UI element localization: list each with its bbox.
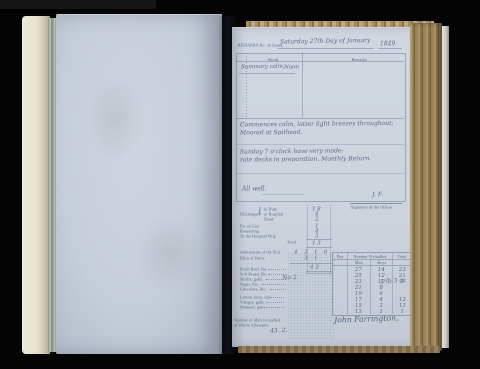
page-stack-bottom-edge: [238, 346, 440, 353]
admissions-label-2: Ditto of Hurts: [240, 256, 265, 261]
journal-note-rule: [262, 194, 304, 195]
page-stack-fore-edge: [410, 23, 442, 351]
ration-cell: 12: [399, 296, 406, 302]
header-rule: [278, 48, 374, 49]
header-date-handwritten: Saturday 27th Day of January: [280, 36, 370, 45]
journal-line-4: rate decks in preparation. Monthly Retur…: [240, 155, 371, 163]
right-ledger-page: REMARKS &c. on board, Saturday 27th Day …: [232, 27, 411, 347]
ration-cell: 23: [399, 266, 406, 272]
state-hospital-ship-label: To the Hospital Ship: [240, 234, 276, 239]
state-total-value: 1 3: [312, 240, 321, 246]
officer-signature-rule: [350, 203, 402, 204]
admissions2-value-2: 1: [314, 255, 318, 261]
provision-item-2: Vinegar, galls.: [240, 300, 265, 305]
victualled-value-handwritten: 43. 2.: [270, 326, 287, 334]
photographed-ledger-scene: REMARKS &c. on board, Saturday 27th Day …: [0, 0, 480, 369]
ration-cell: 6: [380, 290, 384, 296]
header-printed-title: REMARKS &c. on board,: [238, 43, 283, 48]
page-stain: [86, 74, 146, 164]
ration-cell: 1: [400, 308, 404, 314]
ration-cell: 1: [380, 308, 384, 314]
provision-item: Spirits, galls.: [240, 277, 263, 282]
provision-item: Fresh Beef, lbs.: [240, 267, 268, 272]
state-value-3: 2: [315, 216, 319, 222]
leader-dots: [270, 285, 286, 290]
ration-cell: 14: [378, 266, 385, 272]
ration-cell: 15: [355, 302, 362, 308]
admissions-value-4: 6: [324, 249, 328, 255]
journal-section-rule-3: [236, 173, 404, 174]
admissions2-value-1: 3: [304, 255, 308, 261]
background-shadow-bar: [0, 0, 156, 9]
ration-col0-header: Day: [336, 254, 343, 259]
provisions-note-handwritten: No 2: [282, 273, 297, 281]
ration-men-header: Men: [355, 260, 363, 265]
admissions-value-1: 4: [294, 249, 298, 255]
journal-line-3: Sunday 7 o'clock have very mode-: [240, 147, 344, 155]
ration-cell: 2: [380, 302, 384, 308]
officer-initials-handwritten: J. F.: [372, 190, 383, 198]
journal-note: All well.: [242, 185, 267, 192]
provision-item: Sugar, lbs.: [240, 282, 258, 287]
journal-section-rule-2: [236, 144, 404, 145]
log-entry-rule: [239, 73, 295, 74]
leader-dots: [266, 303, 284, 308]
header-year: 1849: [380, 40, 395, 47]
log-entry-wind: Summary calm,: [241, 63, 285, 70]
ration-cell: 19: [355, 290, 362, 296]
victualled-caption-2: at Whole Allowance: [234, 323, 269, 328]
state-brace: {: [258, 206, 262, 216]
book-cover-left-edge: [22, 16, 50, 354]
ration-cell: 4: [380, 296, 384, 302]
provision-item: Chocolate, lbs.: [240, 287, 266, 292]
log-hour-column-rule: [246, 53, 247, 118]
grand-total-value: 4 3: [310, 264, 319, 270]
ration-table: Day Number Victualled Total Men Boys 27 …: [332, 252, 412, 316]
dot-separator: [321, 249, 323, 267]
grand-total-rule-2: [306, 273, 332, 274]
ration-cell: 13: [355, 308, 362, 314]
grand-total-rule-1: [306, 271, 332, 272]
state-put-on-list-label: Put on List: [240, 224, 259, 229]
ration-cell: 25: [355, 272, 362, 278]
ration-col3-header: Total: [398, 254, 407, 259]
book-cover-right-edge: [442, 26, 449, 348]
state-to-hospital-label: to Hospital: [264, 212, 283, 217]
ration-cell: 21: [355, 284, 362, 290]
state-total-rule-bottom: [306, 247, 332, 248]
ration-boys-header: Boys: [377, 260, 386, 265]
ration-span-header: Number Victualled: [354, 254, 387, 259]
header-year-rule: [378, 48, 402, 49]
victualled-caption: Number of Men victualled: [234, 318, 280, 323]
state-discharged-label: Discharged: [240, 212, 260, 217]
log-header-rule: [236, 61, 404, 62]
journal-line-2: Moored at Spithead.: [240, 128, 303, 136]
officer-signature-caption: Signature of the Officer: [351, 205, 393, 210]
admissions-label: Admissions of the Sick: [240, 250, 281, 255]
state-total-label: Total: [287, 240, 296, 245]
dot-separator: [301, 249, 303, 267]
ration-cell: 17: [355, 296, 362, 302]
state-to-duty-label: to Duty: [264, 207, 277, 212]
state-dead-label: Dead: [264, 217, 273, 222]
state-remaining-label: Remaining: [240, 229, 259, 234]
ration-cell: 11: [399, 302, 406, 308]
provision-item-2: Oatmeal, pints: [240, 305, 265, 310]
ration-cell: 27: [355, 266, 362, 272]
signature-handwritten: John Farrington,: [334, 314, 399, 325]
left-blank-page: [56, 14, 222, 354]
log-entry-note: Noon: [284, 64, 299, 70]
log-column-divider: [302, 53, 303, 118]
ration-cell: 23: [355, 278, 362, 284]
page-stain: [136, 214, 206, 294]
provision-item: Soft Bread, lbs.: [240, 272, 267, 277]
